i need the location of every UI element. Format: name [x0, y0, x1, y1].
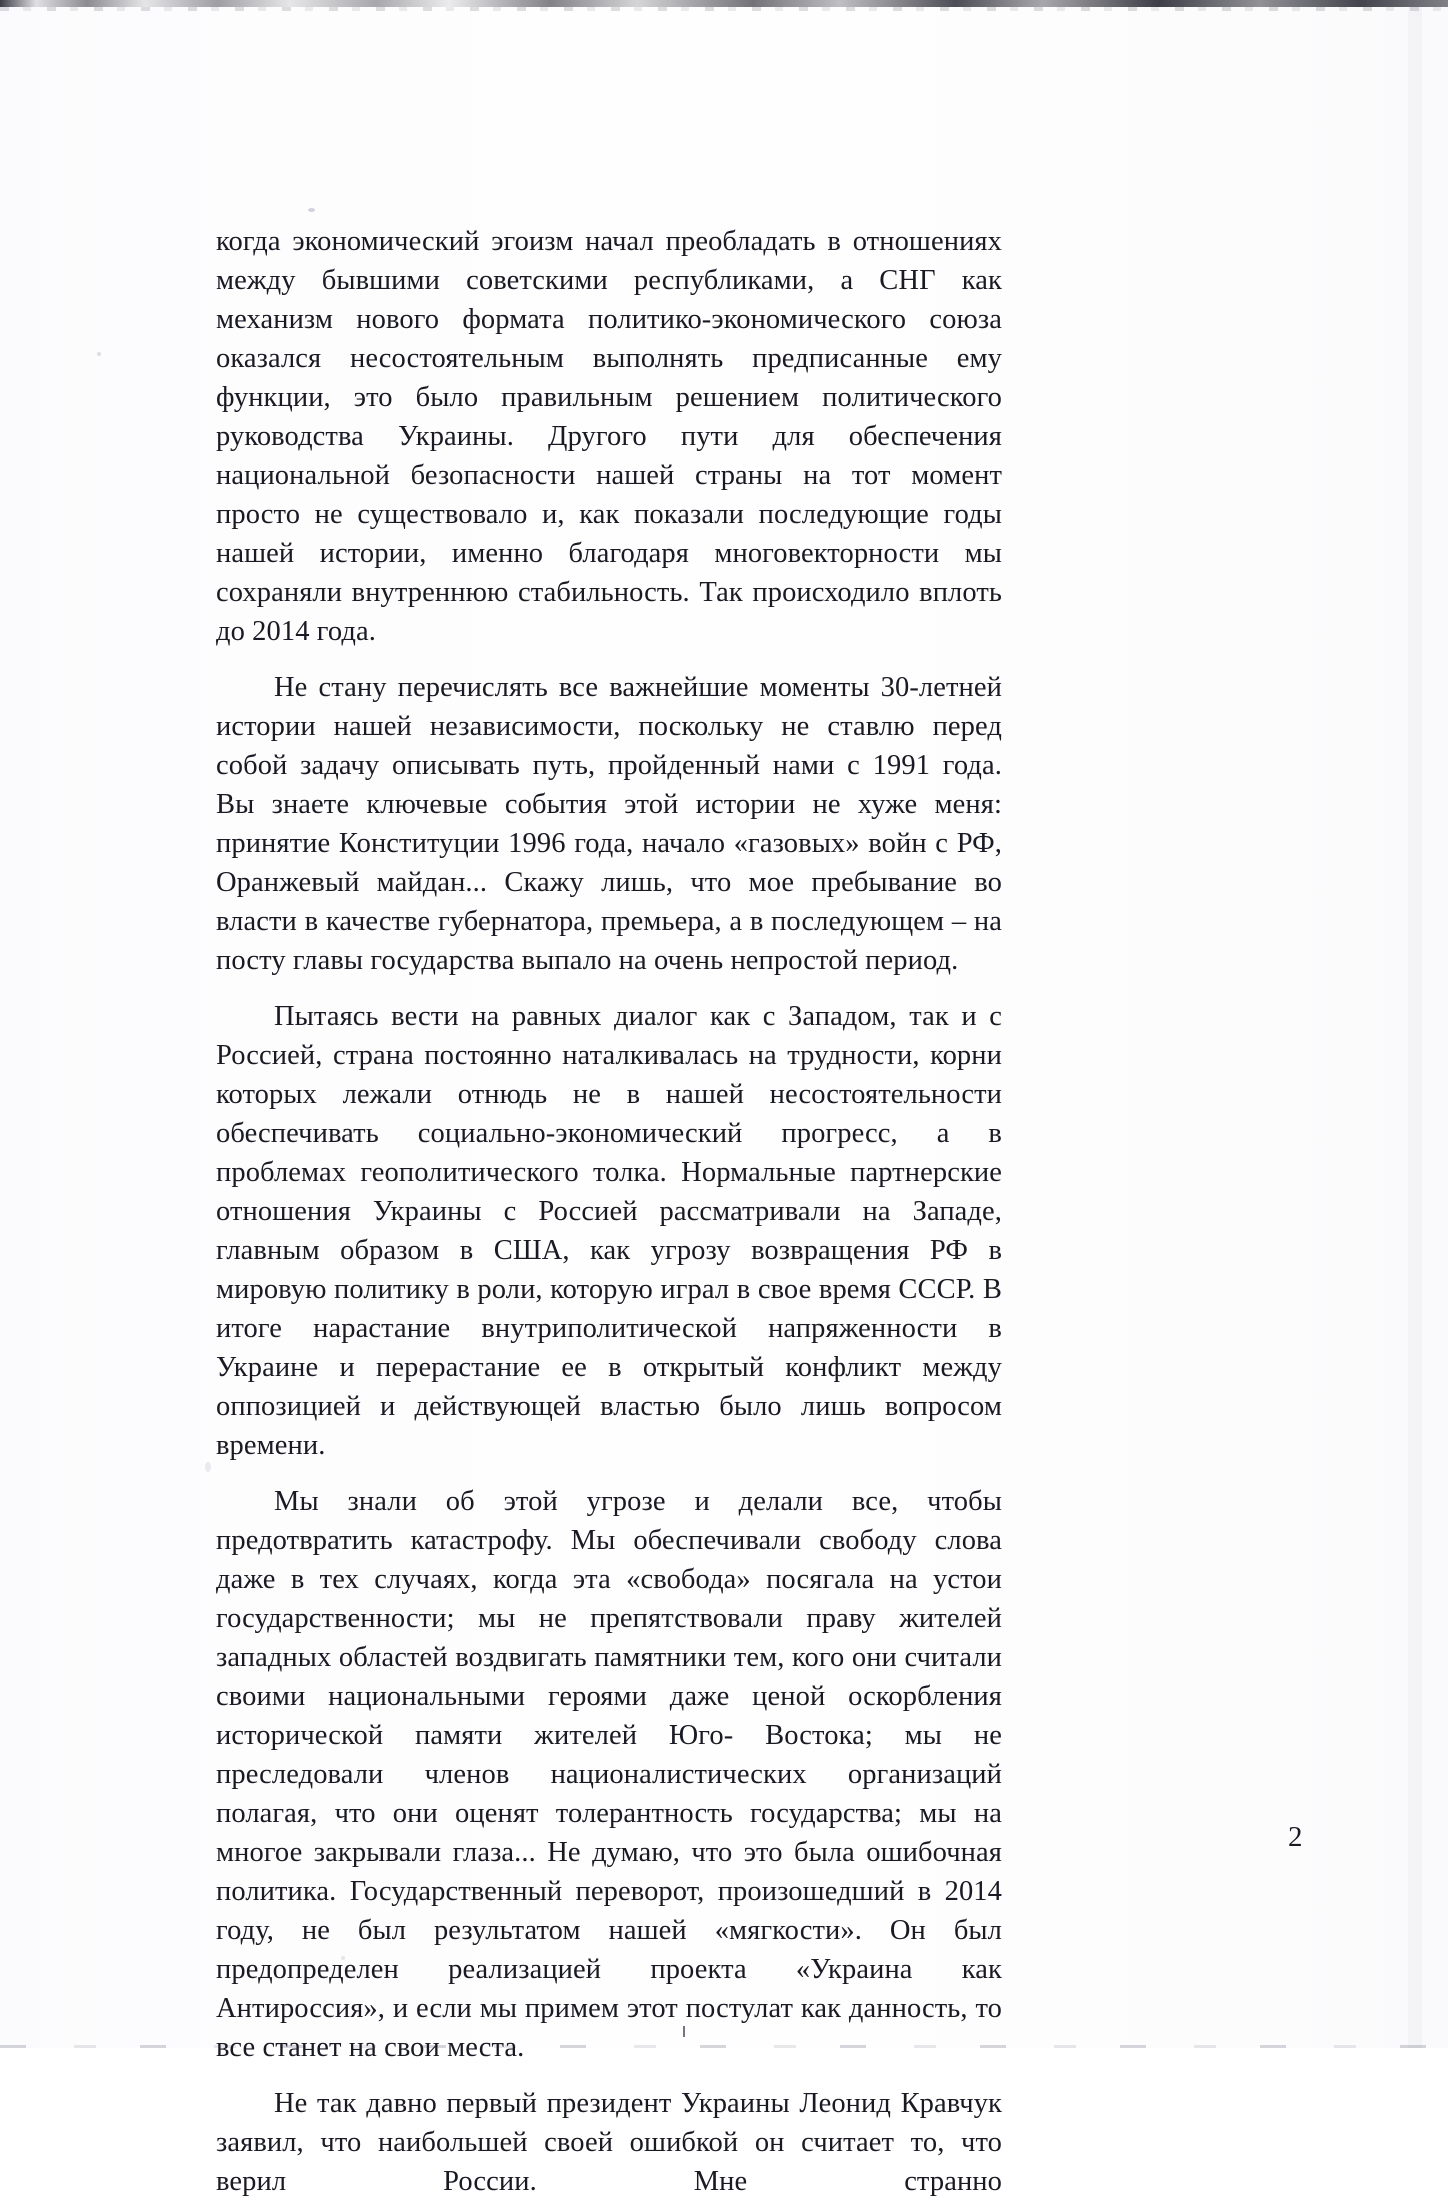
scan-streak-artifact: [1408, 0, 1422, 2048]
scan-speck-artifact: [205, 1462, 211, 1472]
paragraph-4: Мы знали об этой угрозе и делали все, чт…: [216, 1482, 1002, 2048]
scan-edge-top-artifact: [0, 0, 1448, 7]
paragraph-3: Пытаясь вести на равных диалог как с Зап…: [216, 997, 1002, 1465]
page-text-block: когда экономический эгоизм начал преобла…: [216, 222, 1002, 2048]
scan-speck-artifact: [308, 208, 315, 212]
scanned-document-page: когда экономический эгоизм начал преобла…: [0, 0, 1448, 2048]
paragraph-1: когда экономический эгоизм начал преобла…: [216, 222, 1002, 651]
scan-speck-artifact: [97, 352, 101, 356]
scan-edge-top-fuzz-artifact: [0, 7, 1448, 11]
paragraph-2: Не стану перечислять все важнейшие момен…: [216, 668, 1002, 980]
page-number: 2: [1288, 1820, 1303, 1854]
